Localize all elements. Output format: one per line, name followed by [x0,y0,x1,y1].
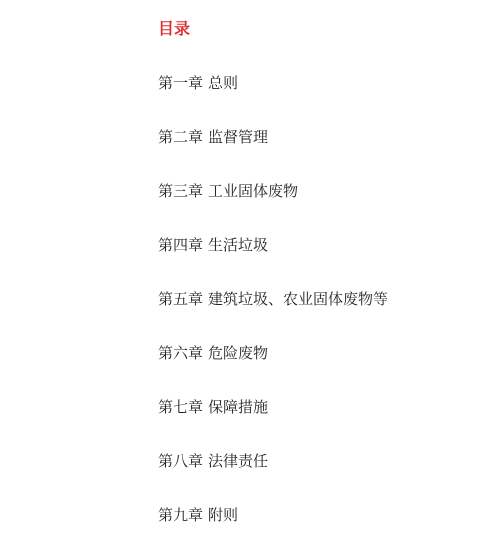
toc-item-chapter-1[interactable]: 第一章总则 [158,72,238,94]
chapter-number: 第四章 [158,236,203,254]
chapter-name: 法律责任 [208,452,268,470]
toc-item-chapter-6[interactable]: 第六章危险废物 [158,342,268,364]
chapter-number: 第七章 [158,398,203,416]
chapter-number: 第五章 [158,290,203,308]
chapter-name: 总则 [208,74,238,92]
chapter-name: 监督管理 [208,128,268,146]
toc-item-chapter-3[interactable]: 第三章工业固体废物 [158,180,298,202]
toc-item-chapter-8[interactable]: 第八章法律责任 [158,450,268,472]
chapter-name: 危险废物 [208,344,268,362]
chapter-number: 第八章 [158,452,203,470]
toc-item-chapter-5[interactable]: 第五章建筑垃圾、农业固体废物等 [158,288,388,310]
chapter-name: 建筑垃圾、农业固体废物等 [208,290,388,308]
chapter-number: 第六章 [158,344,203,362]
chapter-name: 附则 [208,506,238,524]
chapter-number: 第三章 [158,182,203,200]
toc-title: 目录 [158,18,190,40]
chapter-number: 第二章 [158,128,203,146]
toc-item-chapter-7[interactable]: 第七章保障措施 [158,396,268,418]
chapter-number: 第一章 [158,74,203,92]
toc-item-chapter-4[interactable]: 第四章生活垃圾 [158,234,268,256]
chapter-name: 工业固体废物 [208,182,298,200]
chapter-name: 保障措施 [208,398,268,416]
toc-item-chapter-2[interactable]: 第二章监督管理 [158,126,268,148]
chapter-number: 第九章 [158,506,203,524]
toc-item-chapter-9[interactable]: 第九章附则 [158,504,238,526]
chapter-name: 生活垃圾 [208,236,268,254]
